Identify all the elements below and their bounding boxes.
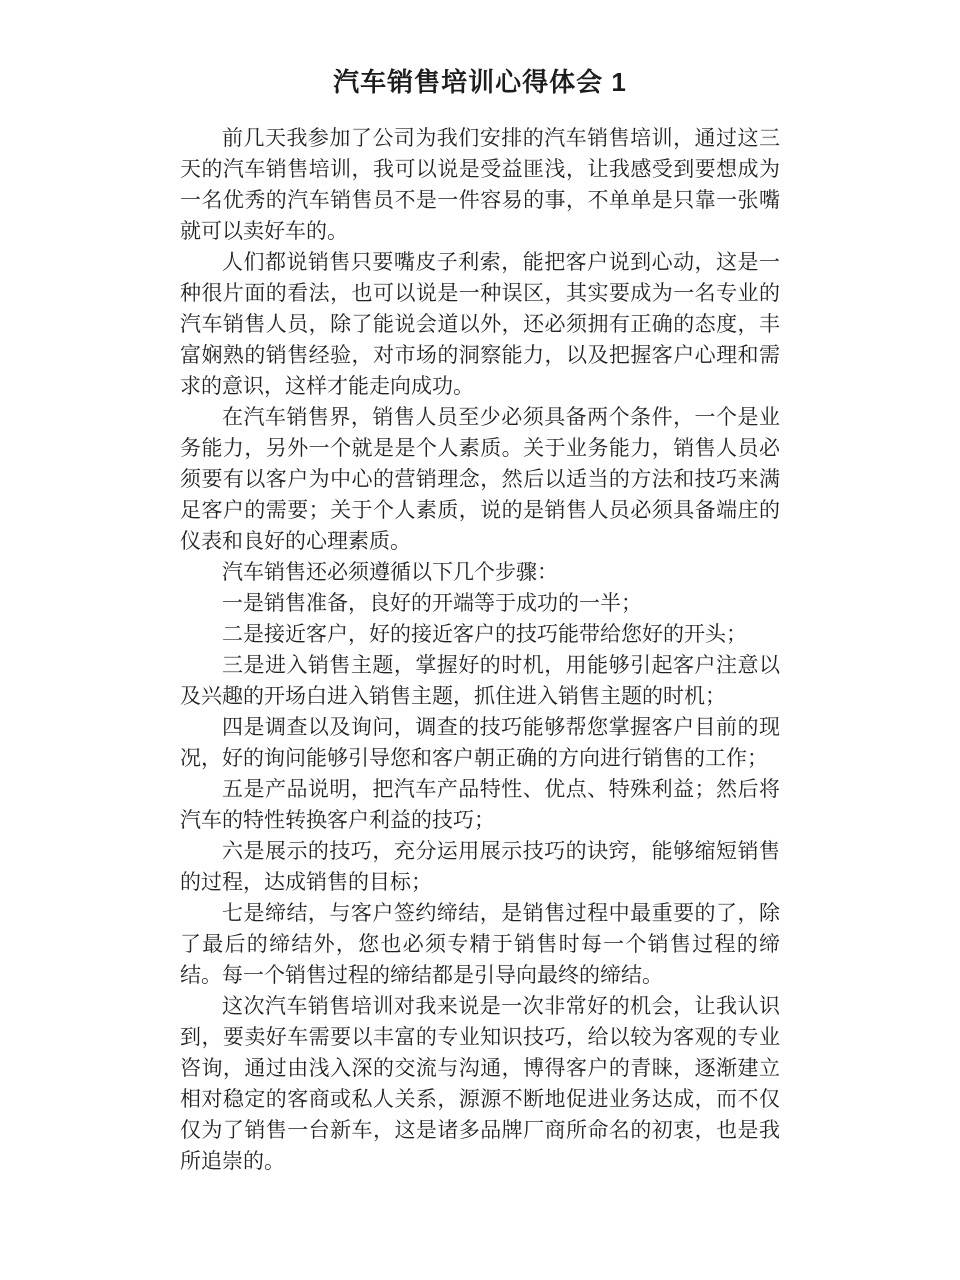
paragraph: 前几天我参加了公司为我们安排的汽车销售培训，通过这三天的汽车销售培训，我可以说是…	[180, 123, 780, 247]
paragraph: 汽车销售还必须遵循以下几个步骤：	[180, 557, 780, 588]
paragraph: 一是销售准备，良好的开端等于成功的一半；	[180, 588, 780, 619]
paragraph: 七是缔结，与客户签约缔结，是销售过程中最重要的了，除了最后的缔结外，您也必须专精…	[180, 898, 780, 991]
document-page: 汽车销售培训心得体会 1 前几天我参加了公司为我们安排的汽车销售培训，通过这三天…	[0, 0, 960, 1280]
paragraph: 二是接近客户，好的接近客户的技巧能带给您好的开头；	[180, 619, 780, 650]
paragraph: 在汽车销售界，销售人员至少必须具备两个条件，一个是业务能力，另外一个就是是个人素…	[180, 402, 780, 557]
paragraph: 六是展示的技巧，充分运用展示技巧的诀窍，能够缩短销售的过程，达成销售的目标；	[180, 836, 780, 898]
paragraph: 三是进入销售主题，掌握好的时机，用能够引起客户注意以及兴趣的开场白进入销售主题，…	[180, 650, 780, 712]
document-title: 汽车销售培训心得体会 1	[180, 62, 780, 99]
paragraph: 五是产品说明，把汽车产品特性、优点、特殊利益；然后将汽车的特性转换客户利益的技巧…	[180, 774, 780, 836]
paragraph: 这次汽车销售培训对我来说是一次非常好的机会，让我认识到，要卖好车需要以丰富的专业…	[180, 991, 780, 1177]
paragraph: 人们都说销售只要嘴皮子利索，能把客户说到心动，这是一种很片面的看法，也可以说是一…	[180, 247, 780, 402]
document-body: 前几天我参加了公司为我们安排的汽车销售培训，通过这三天的汽车销售培训，我可以说是…	[180, 123, 780, 1177]
paragraph: 四是调查以及询问，调查的技巧能够帮您掌握客户目前的现况，好的询问能够引导您和客户…	[180, 712, 780, 774]
